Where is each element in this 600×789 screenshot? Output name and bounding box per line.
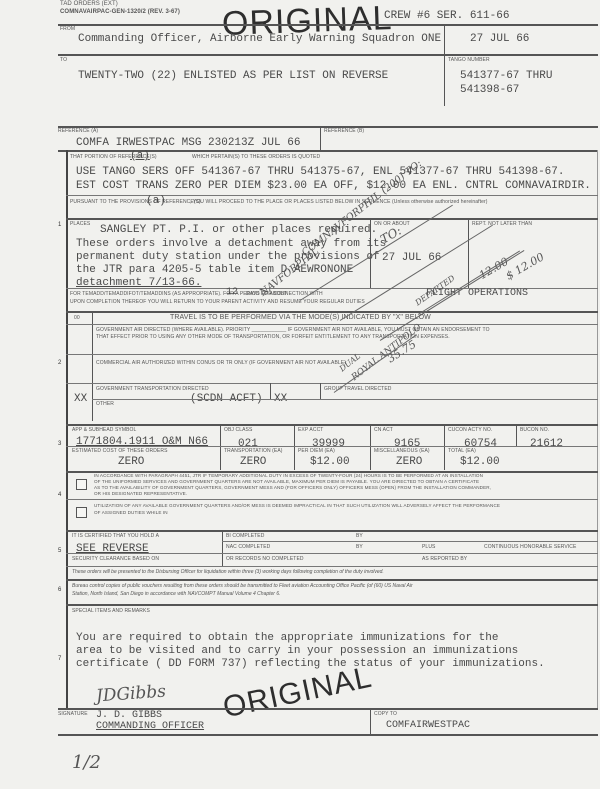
form-number: COMNAVAIRPAC-GEN-1320/2 (REV. 3-67) [60, 9, 180, 15]
nac-by: BY [356, 544, 363, 550]
copy-to-label: COPY TO [374, 711, 397, 717]
section-4-number: 4 [58, 492, 61, 498]
records-label: OR RECORDS NO COMPLETED [226, 556, 304, 562]
exp-label: EXP ACCT [298, 427, 323, 433]
signature-label: SIGNATURE [58, 711, 88, 717]
section-5-number: 5 [58, 548, 61, 554]
quarters-certificate-checkbox[interactable] [76, 479, 87, 490]
cn-label: CN ACT [374, 427, 393, 433]
est-value: ZERO [118, 456, 144, 468]
nac-service: CONTINUOUS HONORABLE SERVICE [484, 544, 576, 550]
trans-value: ZERO [240, 456, 266, 468]
portion-suffix: WHICH PERTAIN(S) TO THESE ORDERS IS QUOT… [192, 154, 320, 160]
from-label: FROM [60, 26, 75, 32]
gov-transport-mark: XX [74, 393, 87, 405]
to-label: TO [60, 57, 67, 63]
trans-label: TRANSPORTATION (ea) [224, 448, 283, 454]
section-7-number: 7 [58, 656, 61, 662]
order-date: 27 JUL 66 [470, 33, 529, 45]
to-value: TWENTY-TWO (22) ENLISTED AS PER LIST ON … [78, 70, 388, 82]
travel-heading: TRAVEL IS TO BE PERFORMED VIA THE MODE(S… [170, 314, 431, 321]
para2-line-1: UTILIZATION OF ANY AVAILABLE GOVERNMENT … [94, 503, 500, 508]
bucon-label: BUCON NO. [520, 427, 549, 433]
section-6-line-1: Bureau control copies of public vouchers… [72, 583, 413, 589]
gov-transport-label: GOVERNMENT TRANSPORTATION DIRECTED [96, 386, 209, 392]
section-6-number: 6 [58, 587, 61, 593]
report-label: REPT. NOT LATER THAN [472, 221, 532, 227]
places-line-4: the JTR para 4205-5 table item D AEWRONO… [76, 264, 353, 276]
clearance-label: SECURITY CLEARANCE BASED ON [72, 556, 159, 562]
bucon-value: 21612 [530, 438, 563, 450]
para1-line-2: OF THE UNIFORMED SERVICES AND GOVERNMENT… [94, 479, 479, 484]
tango-line-1: 541377-67 THRU [460, 70, 552, 82]
period-value: 12 [226, 287, 238, 298]
cucon-label: CUCON ACTY NO. [448, 427, 492, 433]
return-text: UPON COMPLETION THEREOF YOU WILL RETURN … [70, 299, 365, 305]
signer-title: COMMANDING OFFICER [96, 721, 204, 732]
portion-value: (a) [130, 150, 150, 162]
para1-line-4: OR HIS DESIGNATED REPRESENTATIVE. [94, 491, 187, 496]
tango-label: TANGO NUMBER [448, 57, 490, 63]
signer-name: J. D. GIBBS [96, 710, 162, 721]
from-value: Commanding Officer, Airborne Early Warni… [78, 33, 441, 45]
para1-line-3: AS TO THE AVAILABILITY OF GOVERNMENT QUA… [94, 485, 491, 490]
ref-a-value: COMFA IRWESTPAC MSG 230213Z JUL 66 [76, 137, 300, 149]
impractical-checkbox[interactable] [76, 507, 87, 518]
total-label: TOTAL (ea) [448, 448, 476, 454]
pursuant-label: PURSUANT TO THE PROVISIONS OF REFERENCE(… [70, 199, 201, 205]
remarks-label: SPECIAL ITEMS AND REMARKS [72, 608, 150, 614]
places-line-2: These orders involve a detachment away f… [76, 238, 386, 250]
travel-code: 00 [74, 315, 80, 321]
remarks-line-2: area to be visited and to carry in your … [76, 645, 518, 657]
para1-line-1: IN ACCORDANCE WITH PARAGRAPH 4451, JTR I… [94, 473, 483, 478]
original-stamp-bottom: ORIGINAL [220, 661, 375, 726]
quoted-line-2: EST COST TRANS ZERO PER DIEM $23.00 EA O… [76, 180, 591, 192]
misc-value: ZERO [396, 456, 422, 468]
pursuant-suffix: , YOU WILL PROCEED TO THE PLACE OR PLACE… [190, 199, 488, 205]
gov-air-line-1: GOVERNMENT AIR DIRECTED (Where Available… [96, 327, 490, 333]
misc-label: MISCELLANEOUS (ea) [374, 448, 430, 454]
section-1-number: 1 [58, 222, 61, 228]
ref-a-label: REFERENCE (a) [58, 128, 98, 134]
page-mark: 1/2 [72, 752, 101, 773]
copy-to-value: COMFAIRWESTPAC [386, 720, 470, 731]
est-label: ESTIMATED COST OF THESE ORDERS [72, 448, 168, 454]
serial-number: CREW #6 SER. 611-66 [384, 10, 509, 22]
section-6-line-2: Station, North Island, San Diego in acco… [72, 591, 281, 597]
obj-label: OBJ CLASS [224, 427, 252, 433]
total-value: $12.00 [460, 456, 500, 468]
other-label: OTHER [96, 401, 114, 407]
ref-b-label: REFERENCE (b) [324, 128, 364, 134]
bi-label: BI COMPLETED [226, 533, 264, 539]
pursuant-value: (a) [146, 195, 166, 207]
app-label: APP & SUBHEAD SYMBOL [72, 427, 136, 433]
remarks-line-3: certificate ( DD FORM 737) reflecting th… [76, 658, 545, 670]
section-3-number: 3 [58, 441, 61, 447]
disbursing-notice: These orders will be presented to the Di… [72, 569, 384, 575]
nac-plus: PLUS [422, 544, 435, 550]
places-label: PLACES [70, 221, 90, 227]
certified-label: IT IS CERTIFIED THAT YOU HOLD A [72, 533, 159, 539]
perdiem-value: $12.00 [310, 456, 350, 468]
nac-label: NAC COMPLETED [226, 544, 270, 550]
perdiem-label: PER DIEM (ea) [298, 448, 335, 454]
remarks-line-1: You are required to obtain the appropria… [76, 632, 498, 644]
para2-line-2: OF ASSIGNED DUTIES WHILE IN [94, 510, 168, 515]
bi-by: BY [356, 533, 363, 539]
section-2-number: 2 [58, 360, 61, 366]
quoted-line-1: USE TANGO SERS OFF 541367-67 THRU 541375… [76, 166, 564, 178]
places-line-3: permanent duty station under the provisi… [76, 251, 380, 263]
tango-line-2: 541398-67 [460, 84, 519, 96]
form-title: TAD ORDERS (EXT) [60, 1, 118, 7]
signature-scrawl: JDGibbs [95, 682, 166, 707]
records-reported: AS REPORTED BY [422, 556, 467, 562]
commercial-air-label: COMMERCIAL AIR AUTHORIZED WITHIN CONUS O… [96, 360, 346, 366]
